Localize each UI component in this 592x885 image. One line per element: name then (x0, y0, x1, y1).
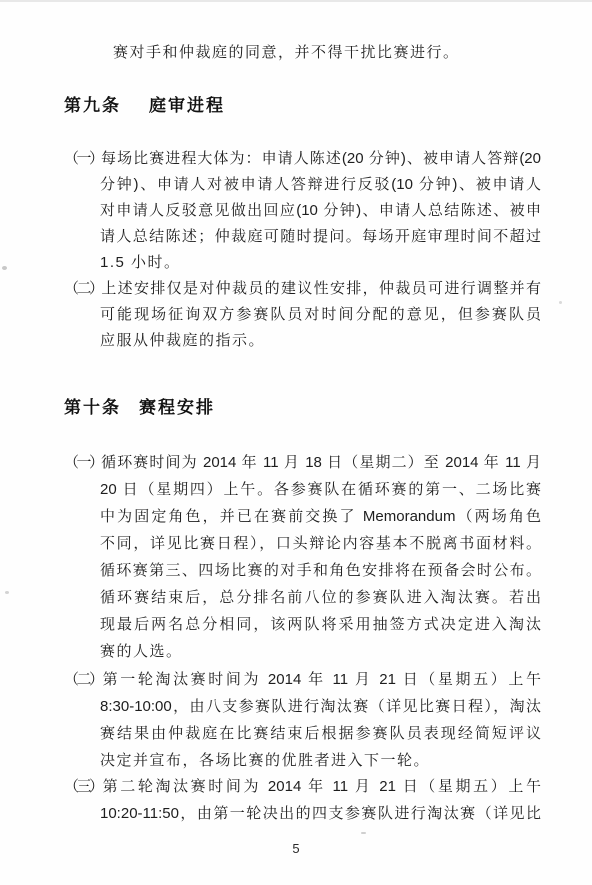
section-heading: 第九条庭审进程 (64, 93, 225, 119)
item-line: 8:30-10:00，由八支参赛队进行淘汰赛（详见比赛日程），淘汰 (100, 693, 541, 720)
item-line-text: 第二轮淘汰赛时间为 2014 年 11 月 21 日（星期五）上午 (100, 778, 541, 795)
scan-speck (361, 832, 366, 834)
item-line: （三）第二轮淘汰赛时间为 2014 年 11 月 21 日（星期五）上午 (64, 773, 541, 800)
page-number: 5 (0, 841, 592, 857)
opening-line: 赛对手和仲裁庭的同意，并不得干扰比赛进行。 (113, 40, 553, 66)
item-label: （二） (64, 666, 100, 693)
item-line: 决定并宣布，各场比赛的优胜者进入下一轮。 (100, 747, 541, 774)
item-line-text: 循环赛时间为 2014 年 11 月 18 日（星期二）至 2014 年 11 … (100, 454, 541, 471)
list-item: （一）循环赛时间为 2014 年 11 月 18 日（星期二）至 2014 年 … (64, 449, 541, 665)
section-number: 第九条 (64, 96, 121, 115)
item-line: 分钟)、申请人对被申请人答辩进行反驳(10 分钟)、被申请人 (100, 172, 541, 198)
item-line: 赛的人选。 (100, 638, 541, 665)
item-label: （一） (64, 449, 100, 476)
item-line-text: 上述安排仅是对仲裁员的建议性安排，仲裁员可进行调整并有 (100, 280, 541, 297)
item-line-text: 每场比赛进程大体为：申请人陈述(20 分钟)、被申请人答辩(20 (100, 150, 541, 167)
item-line: 1.5 小时。 (100, 250, 541, 276)
item-label: （二） (64, 276, 100, 302)
item-line: 循环赛第三、四场比赛的对手和角色安排将在预备会时公布。 (100, 557, 541, 584)
item-line: （一）循环赛时间为 2014 年 11 月 18 日（星期二）至 2014 年 … (64, 449, 541, 476)
list-item: （二）第一轮淘汰赛时间为 2014 年 11 月 21 日（星期五）上午 8:3… (64, 666, 541, 774)
item-line-text: 第一轮淘汰赛时间为 2014 年 11 月 21 日（星期五）上午 (100, 671, 541, 688)
list-item: （一）每场比赛进程大体为：申请人陈述(20 分钟)、被申请人答辩(20 分钟)、… (64, 146, 541, 276)
item-line: （一）每场比赛进程大体为：申请人陈述(20 分钟)、被申请人答辩(20 (64, 146, 541, 172)
item-line: 对申请人反驳意见做出回应(10 分钟)、申请人总结陈述、被申 (100, 198, 541, 224)
scan-speck (559, 301, 562, 304)
item-line: （二）上述安排仅是对仲裁员的建议性安排，仲裁员可进行调整并有 (64, 276, 541, 302)
list-item: （二）上述安排仅是对仲裁员的建议性安排，仲裁员可进行调整并有 可能现场征询双方参… (64, 276, 541, 354)
item-label: （三） (64, 773, 100, 800)
item-line: 10:20-11:50，由第一轮决出的四支参赛队进行淘汰赛（详见比 (100, 800, 541, 827)
item-line: 20 日（星期四）上午。各参赛队在循环赛的第一、二场比赛 (100, 476, 541, 503)
section-title: 庭审进程 (149, 96, 225, 115)
item-line: 应服从仲裁庭的指示。 (100, 328, 541, 354)
item-line: 赛结果由仲裁庭在比赛结束后根据参赛队员表现经简短评议 (100, 720, 541, 747)
item-line: 请人总结陈述；仲裁庭可随时提问。每场开庭审理时间不超过 (100, 224, 541, 250)
item-line: 中为固定角色，并已在赛前交换了 Memorandum（两场角色 (100, 503, 541, 530)
item-line: 循环赛结束后，总分排名前八位的参赛队进入淘汰赛。若出 (100, 584, 541, 611)
item-line: 可能现场征询双方参赛队员对时间分配的意见，但参赛队员 (100, 302, 541, 328)
section-number: 第十条 (64, 398, 121, 417)
scan-edge (0, 0, 592, 2)
section-title: 赛程安排 (139, 398, 215, 417)
item-line: 不同，详见比赛日程），口头辩论内容基本不脱离书面材料。 (100, 530, 541, 557)
item-line: （二）第一轮淘汰赛时间为 2014 年 11 月 21 日（星期五）上午 (64, 666, 541, 693)
item-line: 现最后两名总分相同，该两队将采用抽签方式决定进入淘汰 (100, 611, 541, 638)
scan-speck (5, 591, 9, 594)
scan-speck (2, 266, 7, 270)
item-label: （一） (64, 146, 100, 172)
list-item: （三）第二轮淘汰赛时间为 2014 年 11 月 21 日（星期五）上午 10:… (64, 773, 541, 827)
document-page: 赛对手和仲裁庭的同意，并不得干扰比赛进行。 第九条庭审进程 （一）每场比赛进程大… (0, 0, 592, 885)
section-heading: 第十条赛程安排 (64, 395, 215, 421)
